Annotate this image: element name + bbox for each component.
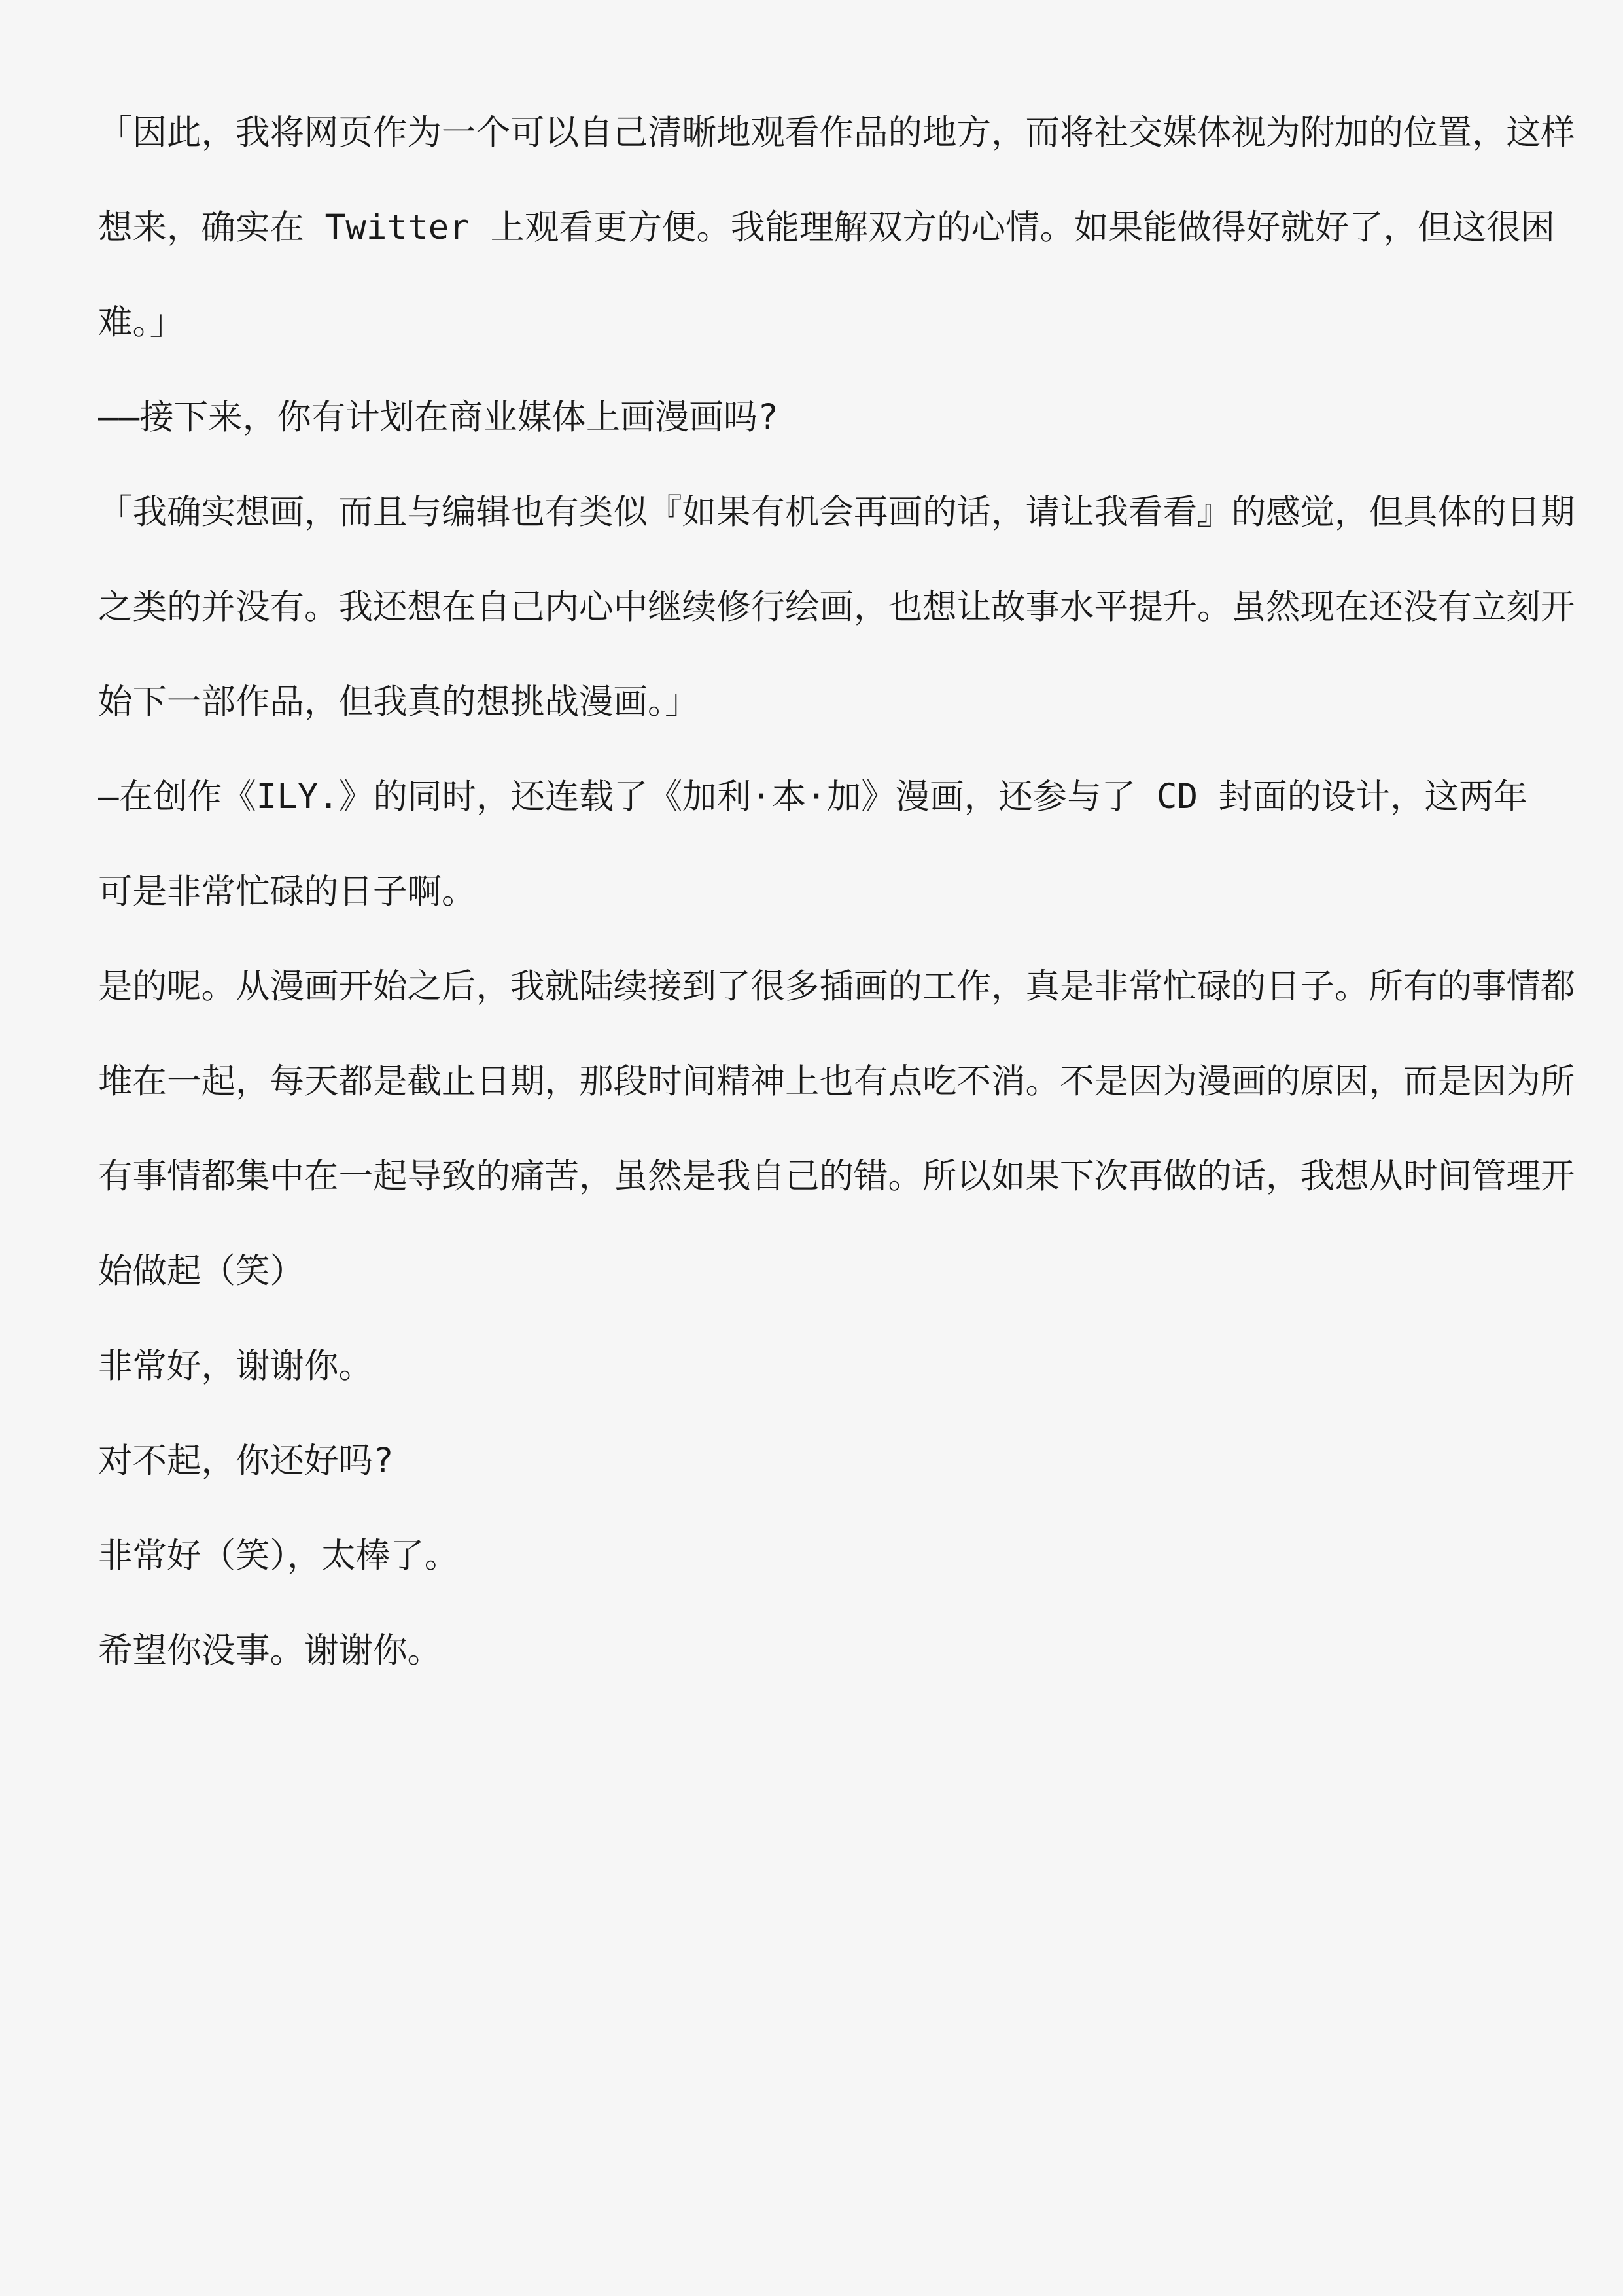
text-line: 有事情都集中在一起导致的痛苦，虽然是我自己的错。所以如果下次再做的话，我想从时间… — [98, 1129, 1558, 1224]
text-line: 「因此，我将网页作为一个可以自己清晰地观看作品的地方，而将社交媒体视为附加的位置… — [98, 85, 1558, 180]
text-line: 非常好，谢谢你。 — [98, 1318, 1558, 1413]
text-line: 之类的并没有。我还想在自己内心中继续修行绘画，也想让故事水平提升。虽然现在还没有… — [98, 559, 1558, 654]
text-line: 始做起（笑） — [98, 1224, 1558, 1318]
text-line: 想来，确实在 Twitter 上观看更方便。我能理解双方的心情。如果能做得好就好… — [98, 180, 1558, 275]
text-line: ——接下来，你有计划在商业媒体上画漫画吗? — [98, 370, 1558, 465]
interview-transcript: 「因此，我将网页作为一个可以自己清晰地观看作品的地方，而将社交媒体视为附加的位置… — [98, 85, 1558, 1698]
text-line: 难。」 — [98, 275, 1558, 370]
text-line: 非常好（笑），太棒了。 — [98, 1508, 1558, 1603]
text-line: —在创作《ILY.》的同时，还连载了《加利·本·加》漫画，还参与了 CD 封面的… — [98, 749, 1558, 844]
text-line: 可是非常忙碌的日子啊。 — [98, 844, 1558, 939]
document-page: 「因此，我将网页作为一个可以自己清晰地观看作品的地方，而将社交媒体视为附加的位置… — [0, 0, 1623, 2296]
text-line: 是的呢。从漫画开始之后，我就陆续接到了很多插画的工作，真是非常忙碌的日子。所有的… — [98, 939, 1558, 1034]
text-line: 对不起，你还好吗? — [98, 1413, 1558, 1508]
text-line: 堆在一起，每天都是截止日期，那段时间精神上也有点吃不消。不是因为漫画的原因，而是… — [98, 1034, 1558, 1129]
text-line: 「我确实想画，而且与编辑也有类似『如果有机会再画的话，请让我看看』的感觉，但具体… — [98, 465, 1558, 559]
text-line: 希望你没事。谢谢你。 — [98, 1603, 1558, 1698]
text-line: 始下一部作品，但我真的想挑战漫画。」 — [98, 654, 1558, 749]
